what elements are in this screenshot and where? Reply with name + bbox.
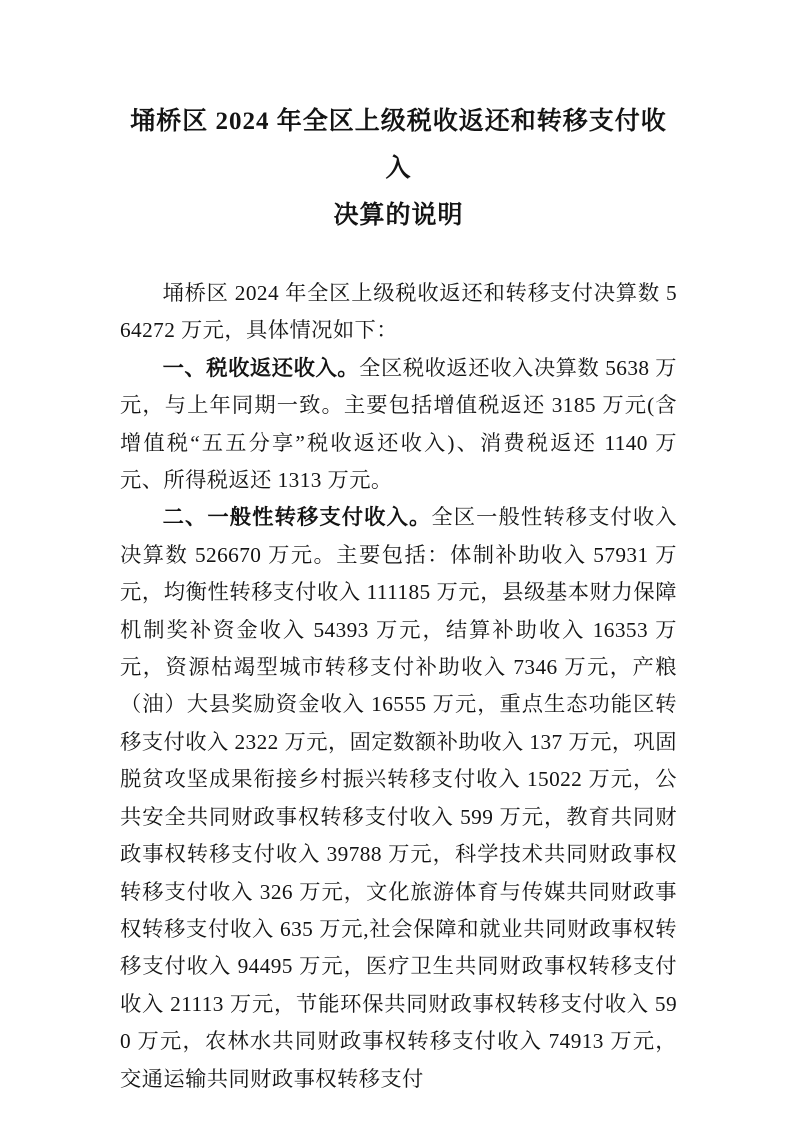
paragraph-overview: 埇桥区 2024 年全区上级税收返还和转移支付决算数 564272 万元，具体情…	[120, 275, 677, 350]
document-title: 埇桥区 2024 年全区上级税收返还和转移支付收入 决算的说明	[120, 98, 677, 239]
paragraph-general-transfer-text: 全区一般性转移支付收入决算数 526670 万元。主要包括：体制补助收入 579…	[120, 505, 677, 1090]
paragraph-general-transfer-income: 二、一般性转移支付收入。全区一般性转移支付收入决算数 526670 万元。主要包…	[120, 499, 677, 1098]
document-title-line2: 决算的说明	[120, 192, 677, 239]
paragraph-tax-rebate-income: 一、税收返还收入。全区税收返还收入决算数 5638 万元，与上年同期一致。主要包…	[120, 350, 677, 500]
paragraph-overview-text: 埇桥区 2024 年全区上级税收返还和转移支付决算数 564272 万元，具体情…	[120, 281, 677, 342]
section-heading-general-transfer: 二、一般性转移支付收入。	[163, 505, 432, 529]
document-title-line1: 埇桥区 2024 年全区上级税收返还和转移支付收入	[120, 98, 677, 192]
section-heading-tax-rebate: 一、税收返还收入。	[163, 356, 360, 380]
document-page: 埇桥区 2024 年全区上级税收返还和转移支付收入 决算的说明 埇桥区 2024…	[0, 0, 793, 1122]
